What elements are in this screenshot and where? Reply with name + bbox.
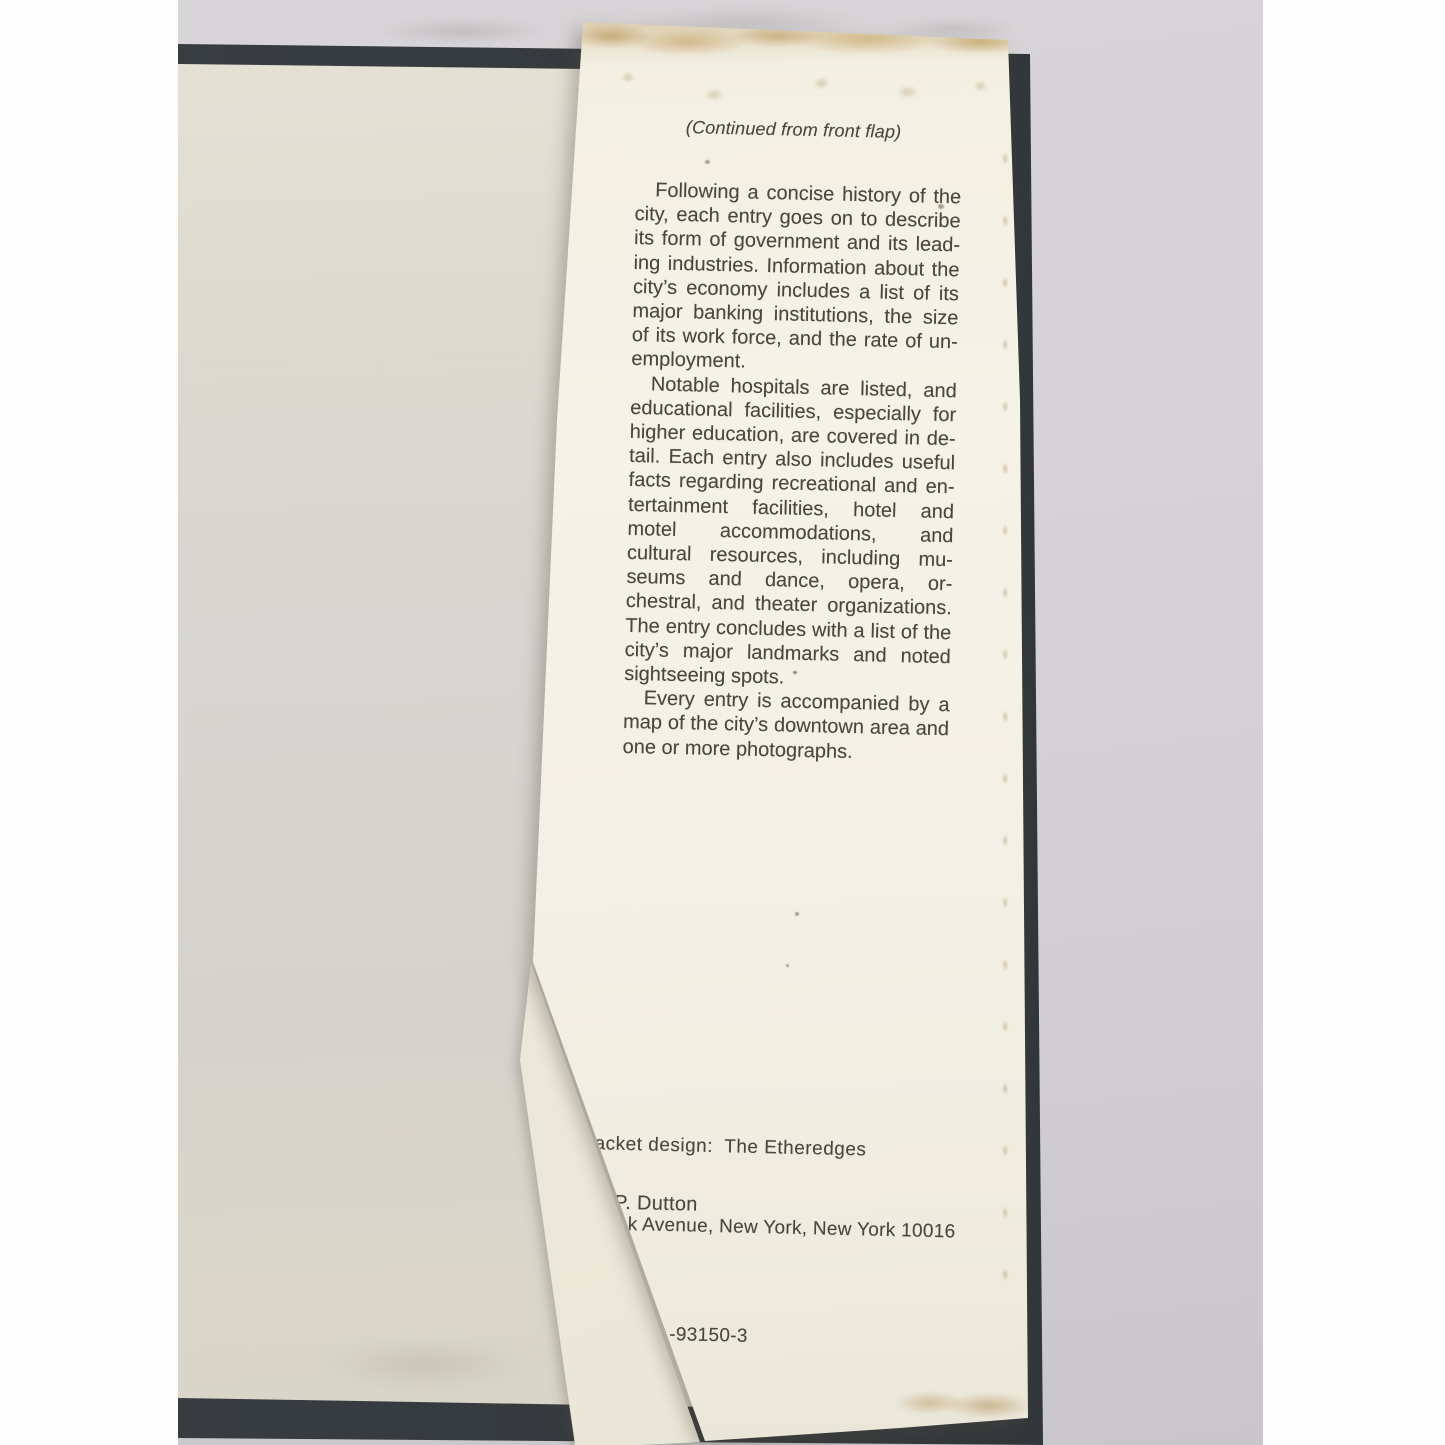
flap-body-text: Following a concise history of the city,…: [622, 178, 961, 766]
publisher-address: k Avenue, New York, New York 10016: [627, 1214, 955, 1243]
paper-speck: [795, 912, 799, 916]
isbn-fragment: -93150-3: [669, 1324, 748, 1348]
top-edge-stain: [575, 12, 1025, 66]
paper-speck: [705, 160, 710, 164]
paragraph-3: Every entry is accompanied by a map of t…: [622, 686, 950, 766]
paper-speck: [786, 964, 789, 967]
upper-speckle-stain: [585, 60, 1015, 118]
publisher-name: P. Dutton: [614, 1192, 698, 1217]
paragraph-2: Notable hospitals are listed, and educat…: [624, 372, 957, 694]
jacket-flap: (Continued from front flap) Following a …: [0, 0, 1445, 1445]
book-photo: (Continued from front flap) Following a …: [0, 0, 1445, 1445]
jacket-flap-wrap: (Continued from front flap) Following a …: [0, 0, 1445, 1445]
bottom-right-stain: [888, 1376, 1028, 1430]
jacket-design-credit: Jacket design: The Etheredges: [584, 1133, 866, 1161]
paragraph-1: Following a concise history of the city,…: [631, 178, 961, 379]
right-edge-foxing: [992, 140, 1020, 1320]
continued-note: (Continued from front flap): [630, 116, 956, 144]
